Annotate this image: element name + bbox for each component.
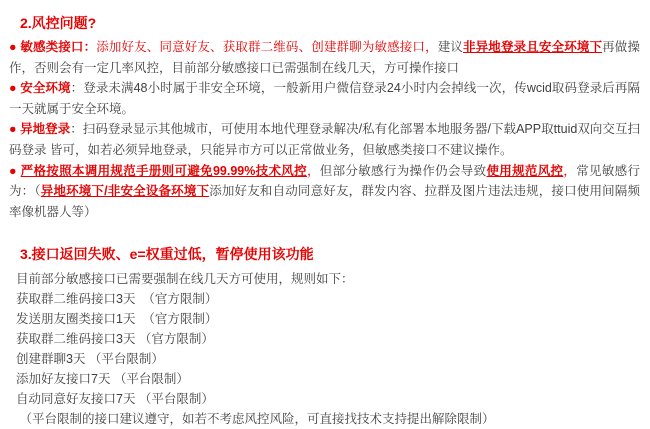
text-segment: 异地登录 xyxy=(20,122,70,136)
rule-line: 创建群聊3天 （平台限制） xyxy=(16,349,640,369)
section-3-intro: 目前部分敏感接口已需要强制在线几天方可使用，规则如下： xyxy=(16,269,640,289)
text-segment: 安全环境 xyxy=(20,81,70,95)
bullet-spec-manual: ● 严格按照本调用规范手册则可避免99.99%技术风控，但部分敏感行为操作仍会导… xyxy=(9,161,640,223)
text-segment: 异地环境下/非安全设备环境下 xyxy=(41,184,209,198)
text-segment: ：登录未满48小时属于非安全环境，一般新用户微信登录24小时内会掉线一次，传wc… xyxy=(9,81,640,116)
section-3-heading: 3.接口返回失败、e=权重过低，暂停使用该功能 xyxy=(20,245,640,264)
text-segment: ， xyxy=(307,164,320,178)
rule-line: 自动同意好友接口7天 （平台限制） xyxy=(16,389,640,409)
rule-line: 获取群二维码接口3天 （官方限制） xyxy=(16,289,640,309)
text-segment: 敏感类接口： xyxy=(20,40,96,54)
bullet-sensitive-apis: ● 敏感类接口：添加好友、同意好友、获取群二维码、创建群聊为敏感接口，建议非异地… xyxy=(9,37,640,78)
text-segment: ● xyxy=(9,40,20,54)
text-segment: ● xyxy=(9,122,20,136)
bullet-safe-environment: ● 安全环境：登录未满48小时属于非安全环境，一般新用户微信登录24小时内会掉线… xyxy=(9,78,640,119)
text-segment: 非异地登录且安全环境下 xyxy=(463,40,602,54)
text-segment: ● xyxy=(9,164,21,178)
text-segment: 添加好友、同意好友、获取群二维码、创建群聊为敏感接口， xyxy=(96,40,438,54)
text-segment: ● xyxy=(9,81,20,95)
text-segment: 使用规范风控 xyxy=(486,164,563,178)
bullet-remote-login: ● 异地登录：扫码登录显示其他城市，可使用本地代理登录解决/私有化部署本地服务器… xyxy=(9,119,640,160)
text-segment: ：扫码登录显示其他城市，可使用本地代理登录解决/私有化部署本地服务器/下载APP… xyxy=(9,122,640,157)
rule-note: （平台限制的接口建议遵守，如若不考虑风控风险，可直接找技术支持提出解除限制） xyxy=(16,409,640,429)
document-page: 2.风控问题? ● 敏感类接口：添加好友、同意好友、获取群二维码、创建群聊为敏感… xyxy=(0,0,650,429)
section-2-heading: 2.风控问题? xyxy=(20,14,640,33)
rule-line: 发送朋友圈类接口1天 （官方限制） xyxy=(16,309,640,329)
text-segment: 建议 xyxy=(438,40,463,54)
rule-line: 获取群二维码接口3天 （官方限制） xyxy=(16,329,640,349)
rule-line: 添加好友接口7天 （平台限制） xyxy=(16,369,640,389)
text-segment: 但部分敏感行为操作仍会导致 xyxy=(320,164,487,178)
text-segment: 严格按照本调用规范手册则可避免99.99%技术风控 xyxy=(21,164,307,178)
text-segment: ， xyxy=(563,164,576,178)
